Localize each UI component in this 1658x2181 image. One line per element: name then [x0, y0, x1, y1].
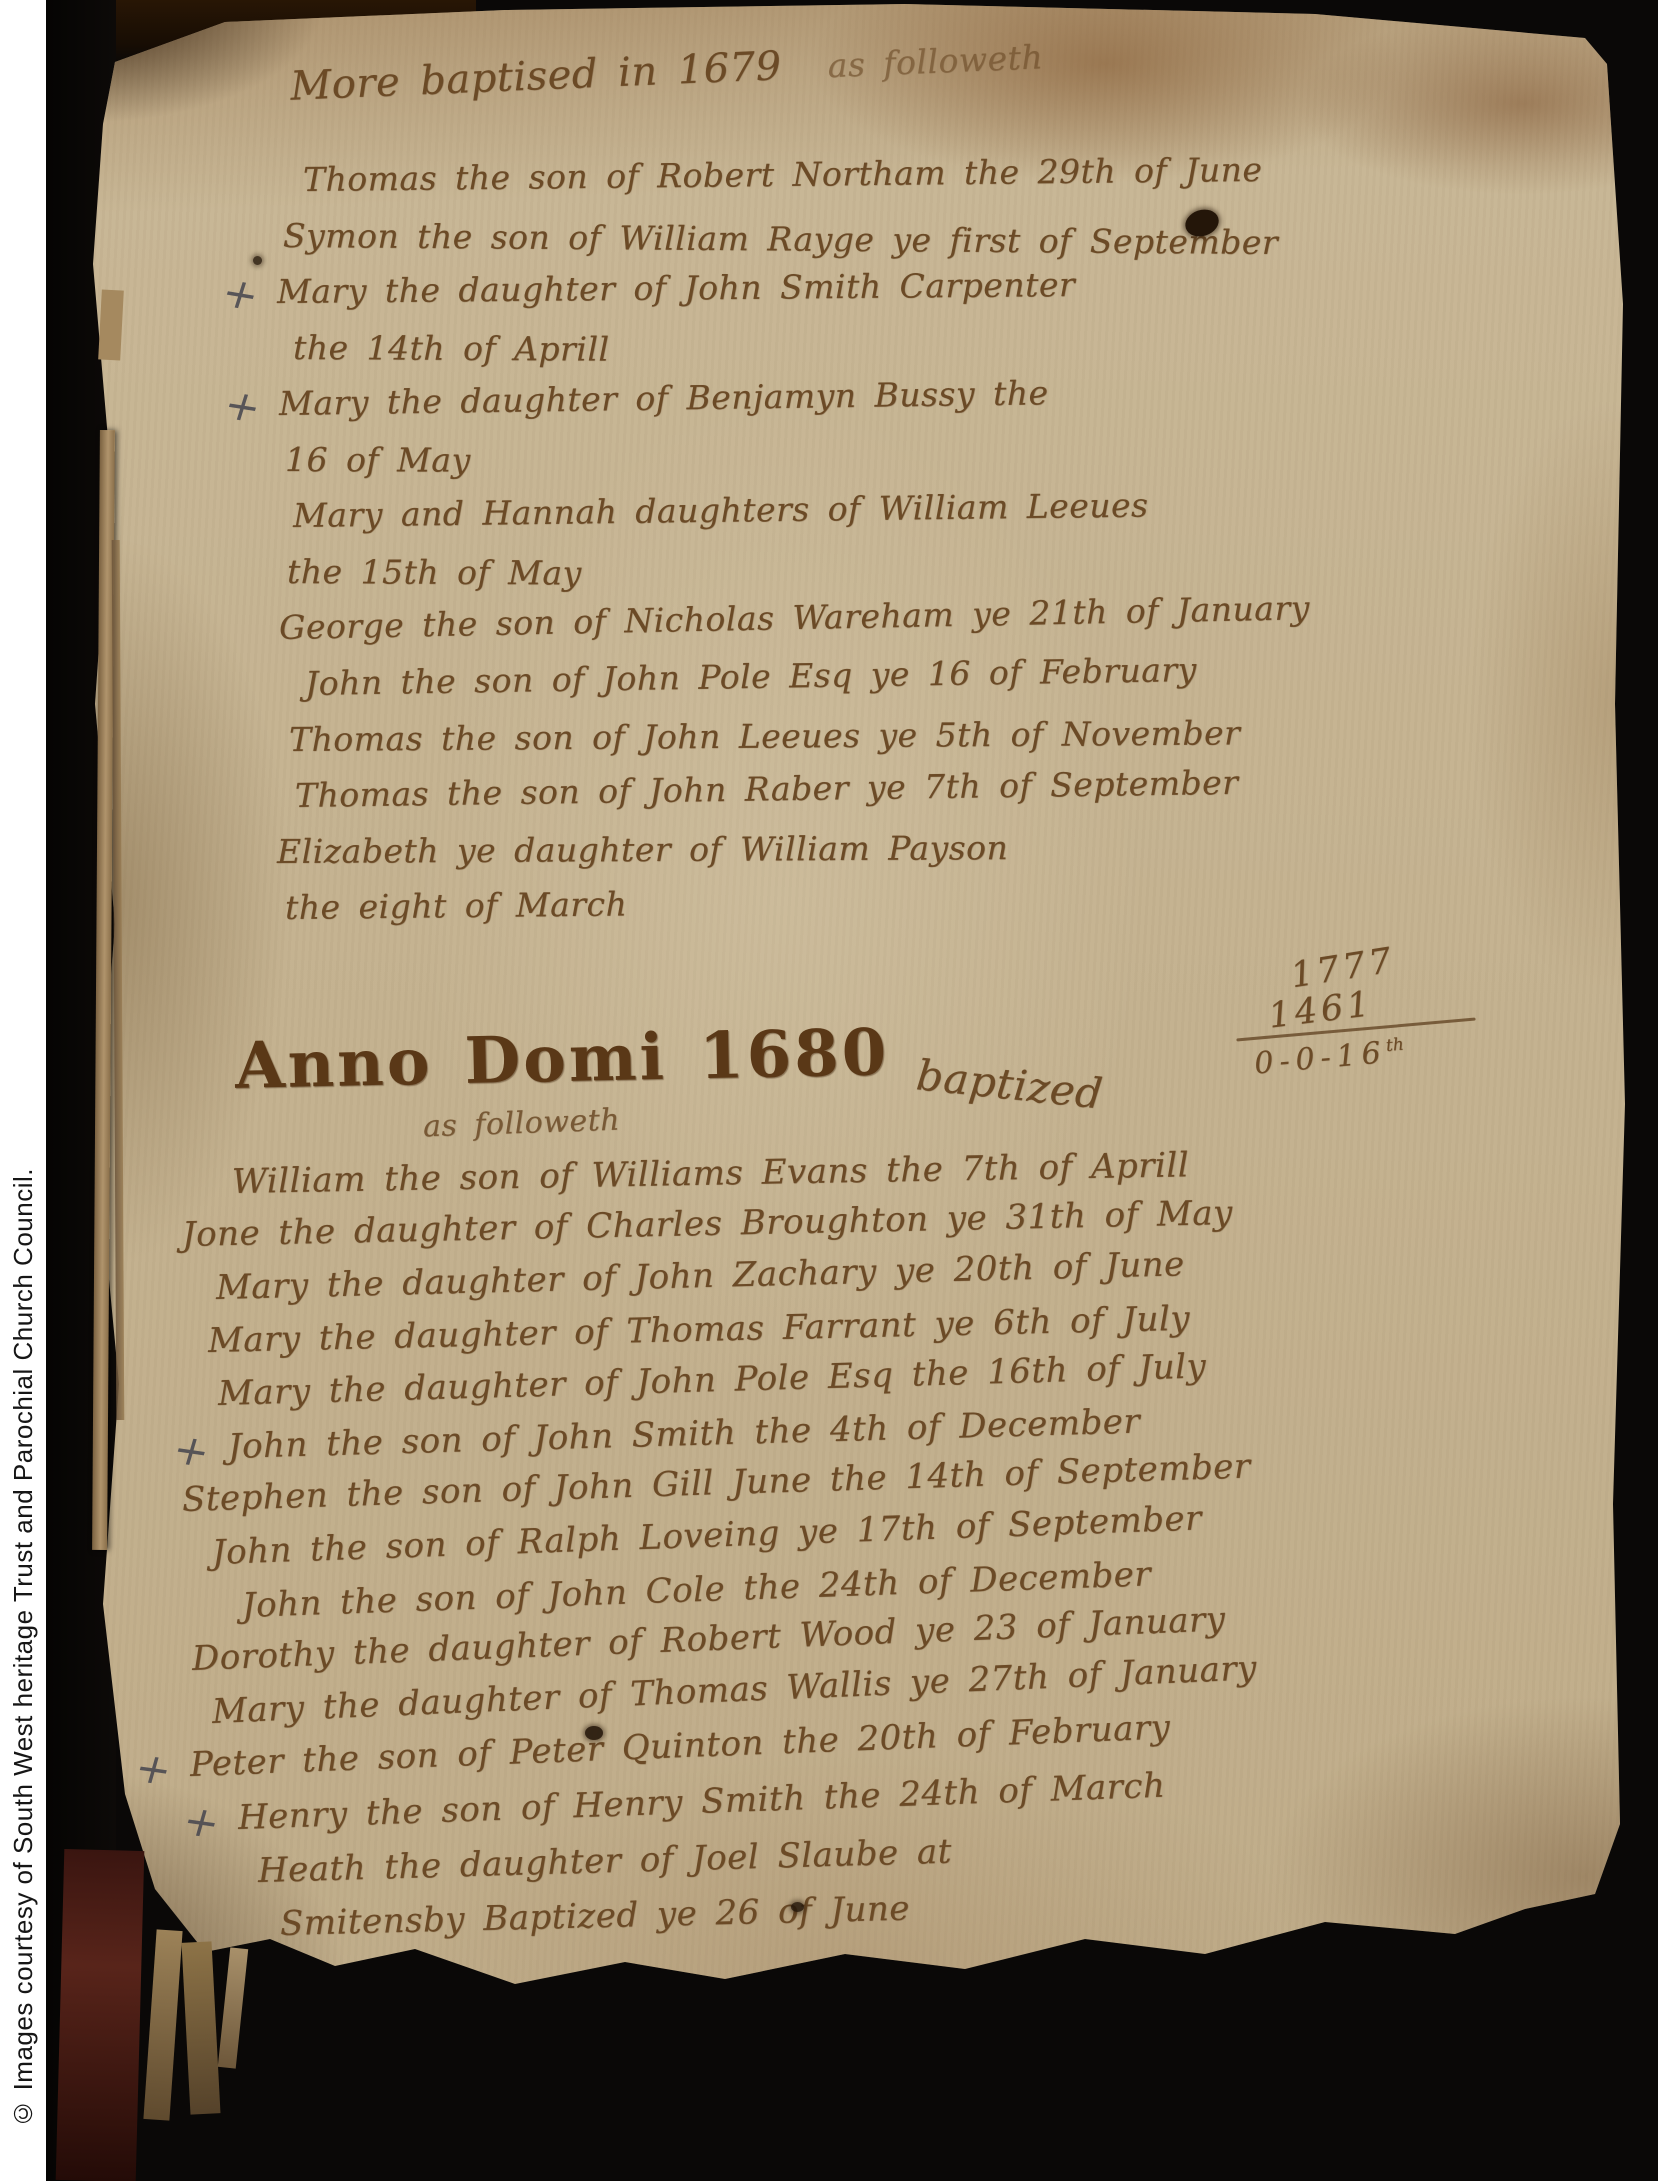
register-line-text: Mary the daughter of John Smith Carpente… — [277, 265, 1075, 311]
margin-arithmetic: 1777 1461 0-0-16th — [1250, 942, 1476, 1072]
pencil-cross-mark: + — [167, 1422, 217, 1479]
final-line-underline — [1080, 1956, 1410, 1970]
pencil-cross-mark: + — [215, 264, 267, 324]
register-line-text: 16 of May — [285, 440, 471, 480]
ink-blot — [585, 1726, 603, 1740]
register-line-text: Mary the daughter of Benjamyn Bussy the — [279, 373, 1049, 423]
section-heading-1679: More baptised in 1679 as followeth — [289, 32, 1044, 110]
torn-parchment-strip — [143, 1929, 182, 2120]
register-line: +Mary the daughter of John Smith Carpent… — [277, 255, 1310, 320]
register-line-text: Smitensby Baptized ye 26 of June — [279, 1889, 910, 1944]
red-binding-strip — [56, 1849, 145, 2181]
heading-1679-main: More baptised in 1679 — [289, 43, 782, 110]
heading-1679-suffix: as followeth — [827, 37, 1044, 85]
scanned-register-photo: © Images courtesy of South West heritage… — [0, 0, 1658, 2181]
entries-1680: William the son of Williams Evans the 7t… — [180, 1156, 1258, 1951]
heading-1680-suffix: as followeth — [422, 1103, 620, 1145]
entries-1679: Thomas the son of Robert Northam the 29t… — [213, 152, 1310, 936]
section-heading-1680: Anno Domi 1680 baptized as followeth — [235, 1022, 1105, 1097]
torn-parchment-strip — [182, 1941, 221, 2114]
heading-1680-main: Anno Domi 1680 — [234, 1015, 890, 1104]
heading-1680-baptized: baptized — [914, 1050, 1105, 1118]
register-line: Thomas the son of Robert Northam the 29t… — [303, 141, 1311, 208]
ink-blot — [791, 1902, 804, 1912]
register-line-text: the eight of March — [285, 884, 628, 927]
register-line-text: George the son of Nicholas Wareham ye 21… — [279, 588, 1311, 647]
torn-binding-sliver — [98, 289, 124, 360]
pencil-cross-mark: + — [217, 377, 269, 437]
copyright-text: © Images courtesy of South West heritage… — [8, 1168, 39, 2129]
register-line-text: Symon the son of William Rayge ye first … — [283, 216, 1278, 262]
torn-parchment-strip — [218, 1947, 248, 2068]
ink-blot — [253, 256, 262, 265]
register-line: Mary and Hannah daughters of William Lee… — [293, 476, 1311, 544]
register-line-text: Thomas the son of John Leeues ye 5th of … — [289, 713, 1241, 759]
register-line-text: Elizabeth ye daughter of William Payson — [277, 828, 1008, 871]
register-line-text: Thomas the son of John Raber ye 7th of S… — [295, 763, 1239, 815]
register-line-text: the 15th of May — [287, 552, 582, 593]
register-line-text: John the son of John Pole Esq ye 16 of F… — [305, 650, 1197, 703]
pencil-cross-mark: + — [177, 1794, 227, 1850]
register-line: the eight of March — [285, 869, 1311, 936]
register-line-text: Thomas the son of Robert Northam the 29t… — [303, 150, 1263, 199]
register-line-text: the 14th of Aprill — [293, 328, 610, 369]
parchment-page: More baptised in 1679 as followeth Thoma… — [85, 4, 1630, 1996]
register-line-text: Mary and Hannah daughters of William Lee… — [293, 486, 1149, 535]
copyright-strip: © Images courtesy of South West heritage… — [0, 0, 46, 2181]
